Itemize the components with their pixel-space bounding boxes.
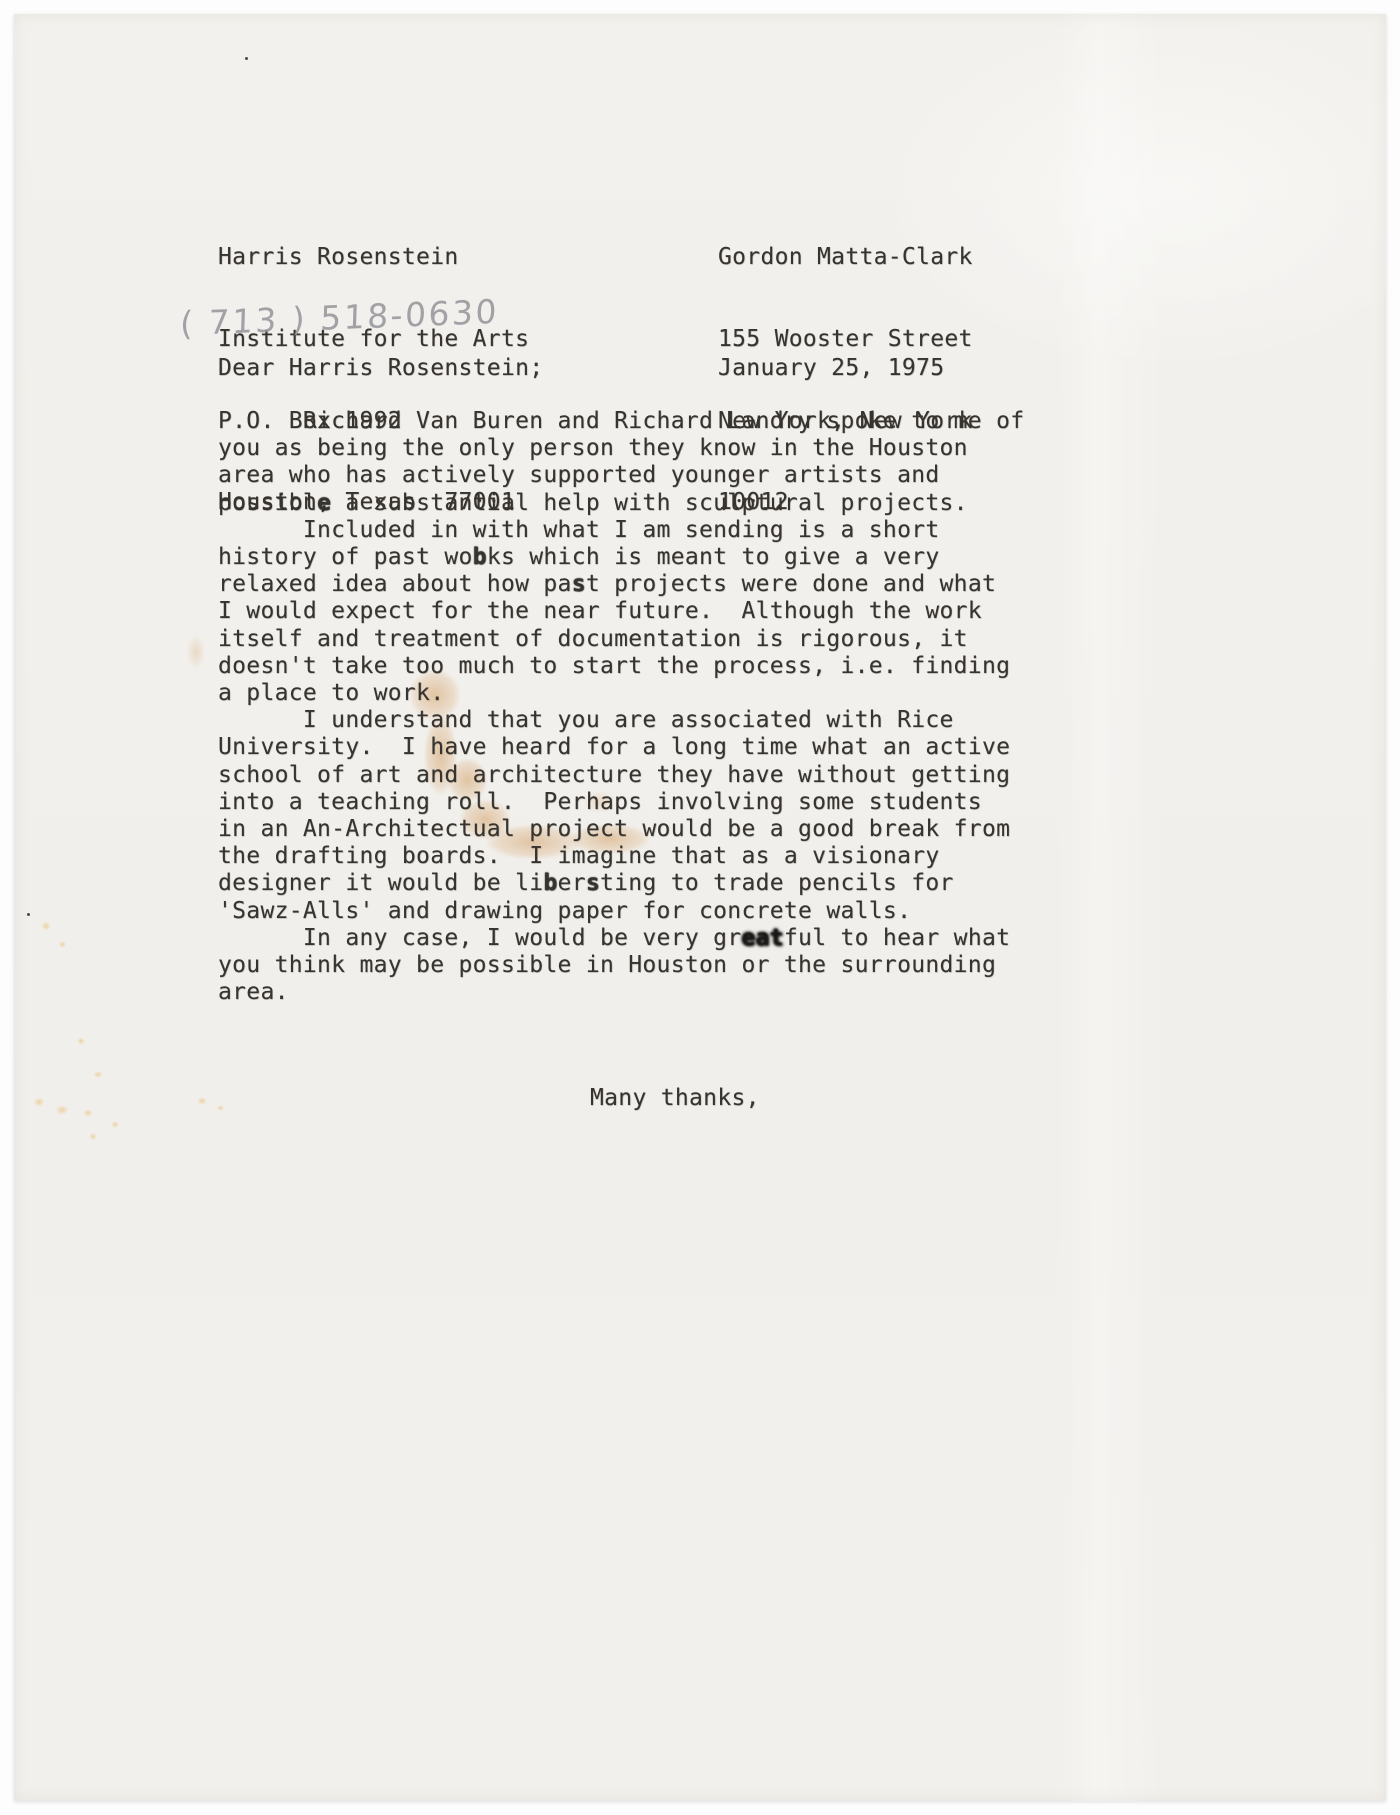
closing-line: Many thanks, <box>590 1085 760 1112</box>
foxing-speck <box>88 1132 98 1141</box>
sender-street: 155 Wooster Street <box>718 326 973 353</box>
scanned-letter-page: { "letter": { "recipient": { "lines": [ … <box>0 0 1400 1815</box>
stain-left-margin <box>183 628 209 676</box>
letter-date: January 25, 1975 <box>718 355 944 382</box>
recipient-name: Harris Rosenstein <box>218 244 529 271</box>
foxing-speck <box>196 1096 208 1106</box>
foxing-speck <box>216 1104 225 1112</box>
foxing-speck <box>76 1036 86 1046</box>
foxing-speck <box>32 1096 46 1108</box>
foxing-speck <box>110 1120 120 1129</box>
foxing-speck <box>82 1108 94 1118</box>
foxing-speck <box>92 1070 104 1079</box>
salutation: Dear Harris Rosenstein; <box>218 355 543 382</box>
foxing-speck <box>54 1104 70 1116</box>
foxing-speck <box>40 920 52 932</box>
sender-name: Gordon Matta-Clark <box>718 244 973 271</box>
foxing-speck <box>58 940 67 949</box>
ink-speck-top <box>245 57 248 60</box>
letter-body: Richard Van Buren and Richard Landry spo… <box>218 408 1024 1006</box>
ink-speck-left <box>27 913 30 916</box>
letter-paper: Harris Rosenstein Institute for the Arts… <box>14 14 1386 1801</box>
